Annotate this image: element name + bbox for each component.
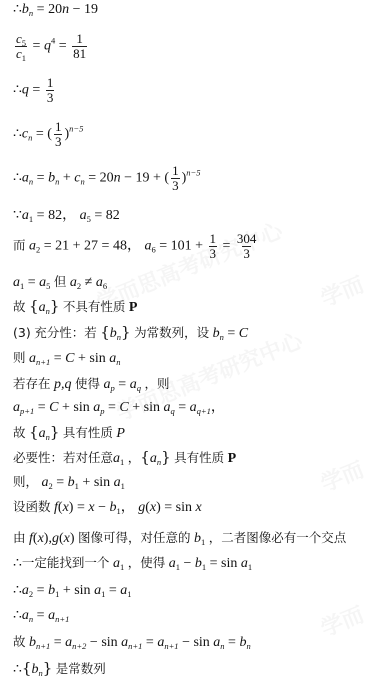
equation-a2-equals-a1: ∴a2 = b1 + sin a1 = a1 [13, 583, 131, 599]
text-constant-seq: 为常数列，设 [134, 325, 209, 340]
part3-sufficiency: (3) 充分性：若 {bn} 为常数列，设 bn = C [13, 324, 248, 342]
equation-recurrence: 则 an+1 = C + sin an [13, 350, 121, 367]
equation-a-n: ∴an = bn + cn = 20n − 19 + (13)n−5 [13, 164, 200, 193]
condition-p-q: 若存在 p,q 使得 ap = aq ，则 [13, 376, 169, 393]
graph-intersection: 由 f(x),g(x) 图像可得，对任意的 b1 ，二者图像必有一个交点 [13, 530, 346, 547]
equation-an-equals-an1: ∴an = an+1 [13, 608, 69, 624]
text-gu: 故 [13, 425, 26, 440]
equation-c-n: ∴cn = (13)n−5 [13, 120, 83, 149]
conclusion-not-property-p: 故 {an} 不具有性质 P [13, 298, 137, 316]
text-is-constant: 是常数列 [56, 661, 106, 676]
text-can-find: 一定能找到一个 [22, 555, 110, 570]
text-ze: 则， [13, 474, 38, 489]
conclusion-constant-sequence: ∴{bn} 是常数列 [13, 660, 106, 678]
equation-q: ∴q = 13 [13, 76, 56, 105]
equation-a2: 则， a2 = b1 + sin a1 [13, 474, 125, 491]
therefore-symbol: ∴ [13, 662, 22, 677]
property-p: P [116, 426, 125, 441]
therefore-symbol: ∴ [13, 556, 22, 571]
fraction: 3043 [236, 232, 258, 261]
define-functions: 设函数 f(x) = x − b1， g(x) = sin x [13, 499, 202, 516]
text-intersection: ，二者图像必有一个交点 [209, 530, 347, 545]
therefore-symbol: ∴ [13, 608, 22, 623]
text-you: 由 [13, 530, 26, 545]
property-p: P [129, 300, 138, 315]
text-exists: 若存在 [13, 376, 51, 391]
fraction: 181 [72, 32, 87, 61]
equation-a1-a5: ∵a1 = 82， a5 = 82 [13, 208, 120, 224]
fraction: c5c1 [15, 32, 27, 61]
comma: ， [128, 450, 141, 465]
equation-a-p-plus-1: ap+1 = C + sin ap = C + sin aq = aq+1， [13, 400, 225, 416]
therefore-symbol: ∴ [13, 171, 22, 186]
fraction: 13 [171, 164, 180, 193]
watermark: 学而 [316, 453, 368, 498]
fraction: 13 [54, 120, 63, 149]
text-ze: 则 [13, 350, 26, 365]
text-graph: 图像可得，对任意的 [78, 530, 191, 545]
text-gu: 故 [13, 299, 26, 314]
text-define-function: 设函数 [13, 499, 51, 514]
text-then: ，则 [144, 376, 169, 391]
conclusion-has-property-p: 故 {an} 具有性质 P [13, 424, 125, 442]
watermark: 学而 [316, 598, 368, 643]
text-gu: 故 [13, 634, 26, 649]
text-ju: 具有性质 [174, 450, 224, 465]
part-label: (3) [13, 325, 31, 340]
equation-b-n: ∴bn = 20n − 19 [13, 2, 98, 18]
equation-compare: a1 = a5 但 a2 ≠ a6 [13, 274, 107, 291]
text-dan: 但 [54, 274, 67, 289]
equation-a2-a6: 而 a2 = 21 + 27 = 48， a6 = 101 + 13 = 304… [13, 232, 259, 261]
therefore-symbol: ∴ [13, 2, 22, 17]
text-such-that: ，使得 [128, 555, 166, 570]
text-necessity: 必要性：若对任意 [13, 450, 113, 465]
because-symbol: ∵ [13, 208, 22, 223]
find-a1: ∴一定能找到一个 a1 ，使得 a1 − b1 = sin a1 [13, 555, 252, 572]
therefore-symbol: ∴ [13, 83, 22, 98]
therefore-symbol: ∴ [13, 583, 22, 598]
text-buju: 不具有性质 [63, 299, 126, 314]
therefore-symbol: ∴ [13, 127, 22, 142]
necessity: 必要性：若对任意a1 ，{an} 具有性质 P [13, 449, 236, 467]
text-sufficiency: 充分性：若 [34, 325, 97, 340]
watermark: 学而 [316, 268, 368, 313]
equation-b-n-plus-1: 故 bn+1 = an+2 − sin an+1 = an+1 − sin an… [13, 634, 251, 651]
equation-ratio-c5-c1: c5c1 = q4 = 181 [13, 32, 89, 61]
fraction: 13 [46, 76, 55, 105]
fraction: 13 [209, 232, 218, 261]
text-ju: 具有性质 [63, 425, 113, 440]
text-such-that: 使得 [75, 376, 100, 391]
property-p: P [228, 451, 237, 466]
text-er: 而 [13, 238, 26, 253]
